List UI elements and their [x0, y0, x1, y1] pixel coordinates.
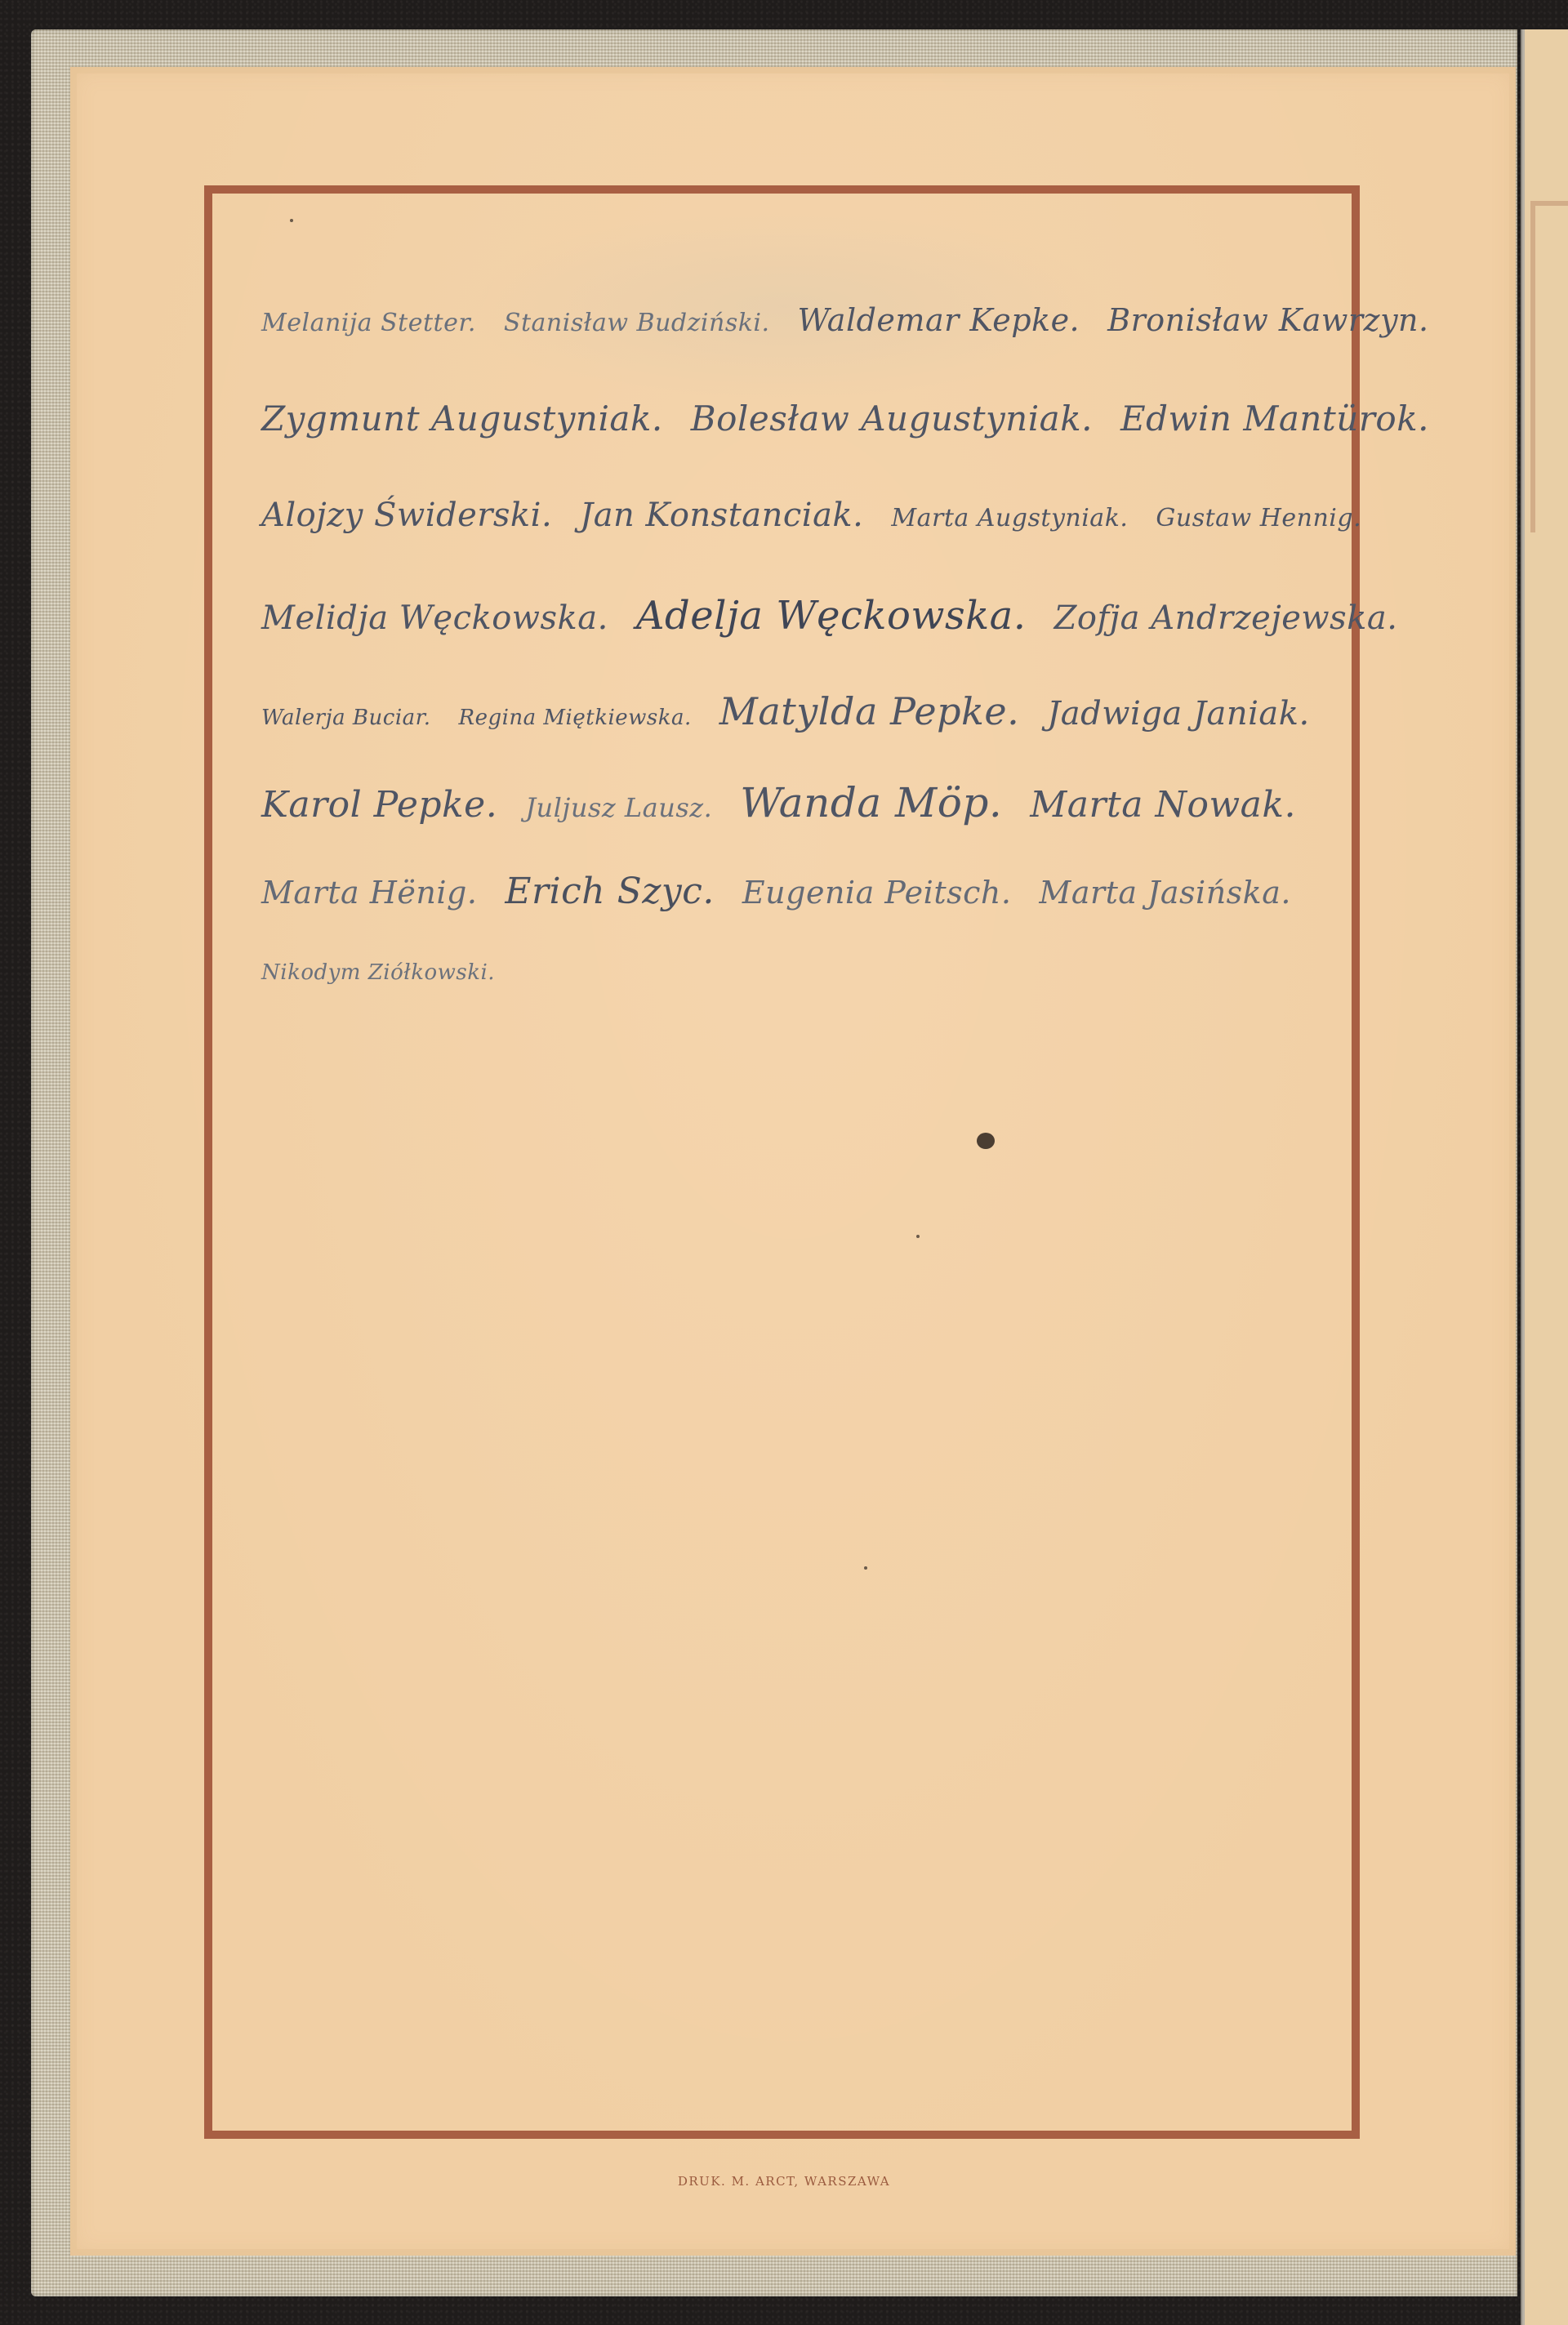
- signature: Jadwiga Janiak.: [1047, 695, 1309, 733]
- signature: Marta Nowak.: [1030, 784, 1296, 826]
- signature: Nikodym Ziółkowski.: [261, 960, 495, 985]
- signature: Edwin Mantürok.: [1120, 399, 1429, 439]
- adjacent-page-edge: [1521, 29, 1568, 2325]
- signature: Erich Szyc.: [505, 871, 715, 912]
- signature-list: Melanija Stetter. Stanisław Budziński. W…: [261, 302, 1429, 1026]
- signature: Zofja Andrzejewska.: [1054, 599, 1398, 637]
- signature: Waldemar Kepke.: [798, 302, 1080, 338]
- signature: Juljusz Lausz.: [525, 792, 712, 823]
- signature-line-8: Nikodym Ziółkowski.: [261, 960, 1429, 1026]
- signature: Zygmunt Augustyniak.: [261, 399, 663, 439]
- adjacent-page-frame-fragment: [1530, 201, 1568, 532]
- signature: Bolesław Augustyniak.: [691, 399, 1093, 439]
- signature: Matylda Pepke.: [719, 689, 1019, 733]
- ink-spot-mark: [977, 1133, 995, 1149]
- signature: Regina Miętkiewska.: [459, 706, 692, 730]
- paper-speck: [916, 1235, 920, 1238]
- paper-speck: [864, 1566, 867, 1570]
- printer-imprint: DRUK. M. ARCT, WARSZAWA: [0, 2174, 1568, 2189]
- signature-line-3: Alojzy Świderski. Jan Konstanciak. Marta…: [261, 497, 1429, 593]
- signature-line-4: Melidja Węckowska. Adelja Węckowska. Zof…: [261, 593, 1429, 689]
- signature: Melidja Węckowska.: [261, 599, 608, 637]
- signature: Karol Pepke.: [261, 784, 497, 826]
- signature-line-2: Zygmunt Augustyniak. Bolesław Augustynia…: [261, 399, 1429, 497]
- signature-line-6: Karol Pepke. Juljusz Lausz. Wanda Möp. M…: [261, 779, 1429, 871]
- signature: Melanija Stetter.: [261, 309, 476, 337]
- signature: Walerja Buciar.: [261, 706, 431, 730]
- signature: Bronisław Kawrzyn.: [1107, 302, 1428, 338]
- signature-line-7: Marta Hënig. Erich Szyc. Eugenia Peitsch…: [261, 871, 1429, 960]
- signature: Marta Hënig.: [261, 875, 477, 911]
- signature-line-5: Walerja Buciar. Regina Miętkiewska. Maty…: [261, 689, 1429, 779]
- signature: Gustaw Hennig.: [1156, 504, 1361, 532]
- signature: Marta Jasińska.: [1039, 875, 1291, 911]
- signature-line-1: Melanija Stetter. Stanisław Budziński. W…: [261, 302, 1429, 399]
- signature: Jan Konstanciak.: [580, 497, 863, 534]
- paper-speck: [290, 219, 293, 222]
- signature: Wanda Möp.: [740, 779, 1002, 826]
- signature: Marta Augstyniak.: [891, 504, 1128, 532]
- signature: Adelja Węckowska.: [636, 593, 1027, 639]
- signature: Stanisław Budziński.: [504, 309, 770, 337]
- signature: Eugenia Peitsch.: [742, 875, 1012, 911]
- signature: Alojzy Świderski.: [261, 497, 552, 534]
